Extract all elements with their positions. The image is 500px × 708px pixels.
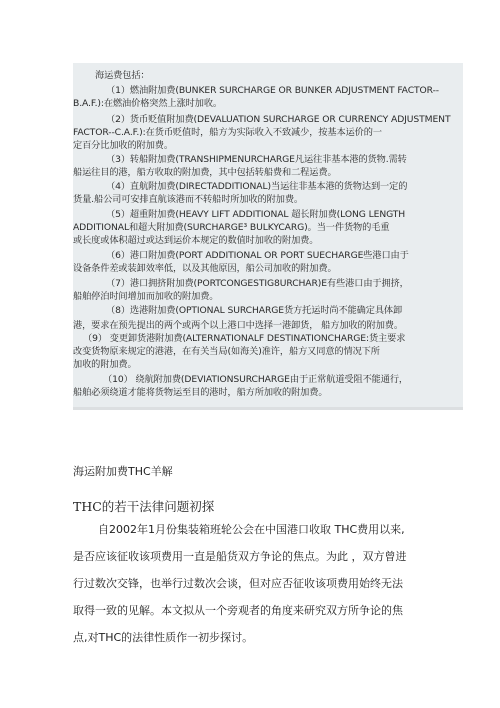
surcharge-item-6: （6）港口附加费(PORT ADDITIONAL OR PORT SUECHAR… xyxy=(106,250,409,262)
surcharge-item-10: （10） 绕航附加费(DEVIATIONSURCHARGE由于正常航道受阻不能通… xyxy=(103,374,408,386)
surcharge-item-9-cont2: 加收的附加费。 xyxy=(73,359,137,371)
surcharge-item-5-cont: ADDITIONAL和超大附加费(SURCHARGE³ BULKYCARG)。当… xyxy=(73,222,389,234)
surcharge-item-3-cont: 船运往目的港，船方收取的附加费，其中包括转船费和二程运费。 xyxy=(73,167,337,179)
article-title: THC的若干法律问题初探 xyxy=(73,497,214,515)
surcharge-item-9: （9） 变更卸货港附加费(ALTERNATIONALF DESTINATIONC… xyxy=(83,333,405,345)
article-line-2: 是否应该征收该项费用一直是船货双方争论的焦点。为此 ，双方曾进 xyxy=(73,548,407,564)
surcharge-item-4: （4）直航附加费(DIRECTADDITIONAL)当运往非基本港的货物达到一定… xyxy=(106,181,407,193)
article-line-5: 点,对THC的法律性质作一初步探讨。 xyxy=(73,629,253,645)
surcharge-item-9-cont: 改变货物原来规定的港港，在有关当局(如海关)准许，船方又同意的情况下所 xyxy=(73,346,380,358)
surcharge-item-7: （7）港口拥挤附加费(PORTCONGESTIG8URCHAR)E有些港口由于拥… xyxy=(106,278,409,290)
surcharge-item-2-cont: FACTOR--C.A.F.):在货币贬值时，船方为实际收入不致减少，按基本运价… xyxy=(73,127,382,139)
surcharge-item-8-cont: 港，要求在预先提出的两个或两个以上港口中选择一港卸货， 船方加收的附加费。 xyxy=(73,320,403,332)
article-line-1: 自2002年1月份集装箱班轮公会在中国港口收取 THC费用以来, xyxy=(98,521,405,537)
surcharge-item-10-cont: 船舶必须绕道才能将货物运至目的港时，船方所加收的附加费。 xyxy=(73,387,327,399)
box-intro: 海运费包括： xyxy=(95,70,150,82)
article-line-4: 取得一致的见解。本文拟从一个旁观者的角度来研究双方所争论的焦 xyxy=(73,602,403,618)
article-line-3: 行过数次交锋，也举行过数次会谈，但对应否征收该项费用始终无法 xyxy=(73,575,403,591)
surcharge-item-7-cont: 船舶停泊时间增加而加收的附加费。 xyxy=(73,291,218,303)
surcharge-item-4-cont: 货量.船公司可安排直航该港而不转船时所加收的附加费。 xyxy=(73,194,303,206)
surcharge-item-6-cont: 设备条件差或装卸效率低，以及其他原因，船公司加收的附加费。 xyxy=(73,263,337,275)
surcharge-item-5-cont2: 或长度或体积超过或达到运价本规定的数值时加收的附加费。 xyxy=(73,235,318,247)
surcharge-item-1: （1）燃油附加费(BUNKER SURCHARGE OR BUNKER ADJU… xyxy=(106,85,439,97)
surcharge-item-2: （2）货币贬值附加费(DEVALUATION SURCHARGE OR CURR… xyxy=(106,114,450,126)
surcharge-item-8: （8）选港附加费(OPTIONAL SURCHARGE货方托运时尚不能确定具体卸 xyxy=(106,305,402,317)
surcharge-list-box: 海运费包括： （1）燃油附加费(BUNKER SURCHARGE OR BUNK… xyxy=(73,63,463,410)
surcharge-item-1-cont: B.A.F.):在燃油价格突然上涨时加收。 xyxy=(73,98,222,110)
surcharge-item-5: （5）超重附加费(HEAVY LIFT ADDITIONAL 超长附加费(LON… xyxy=(106,209,405,221)
surcharge-item-3: （3）转船附加费(TRANSHIPMENURCHARGE凡运往非基本港的货物.需… xyxy=(106,154,407,166)
section-title: 海运附加费THC羊解 xyxy=(73,463,173,479)
surcharge-item-2-cont2: 定百分比加收的附加费。 xyxy=(73,140,173,152)
